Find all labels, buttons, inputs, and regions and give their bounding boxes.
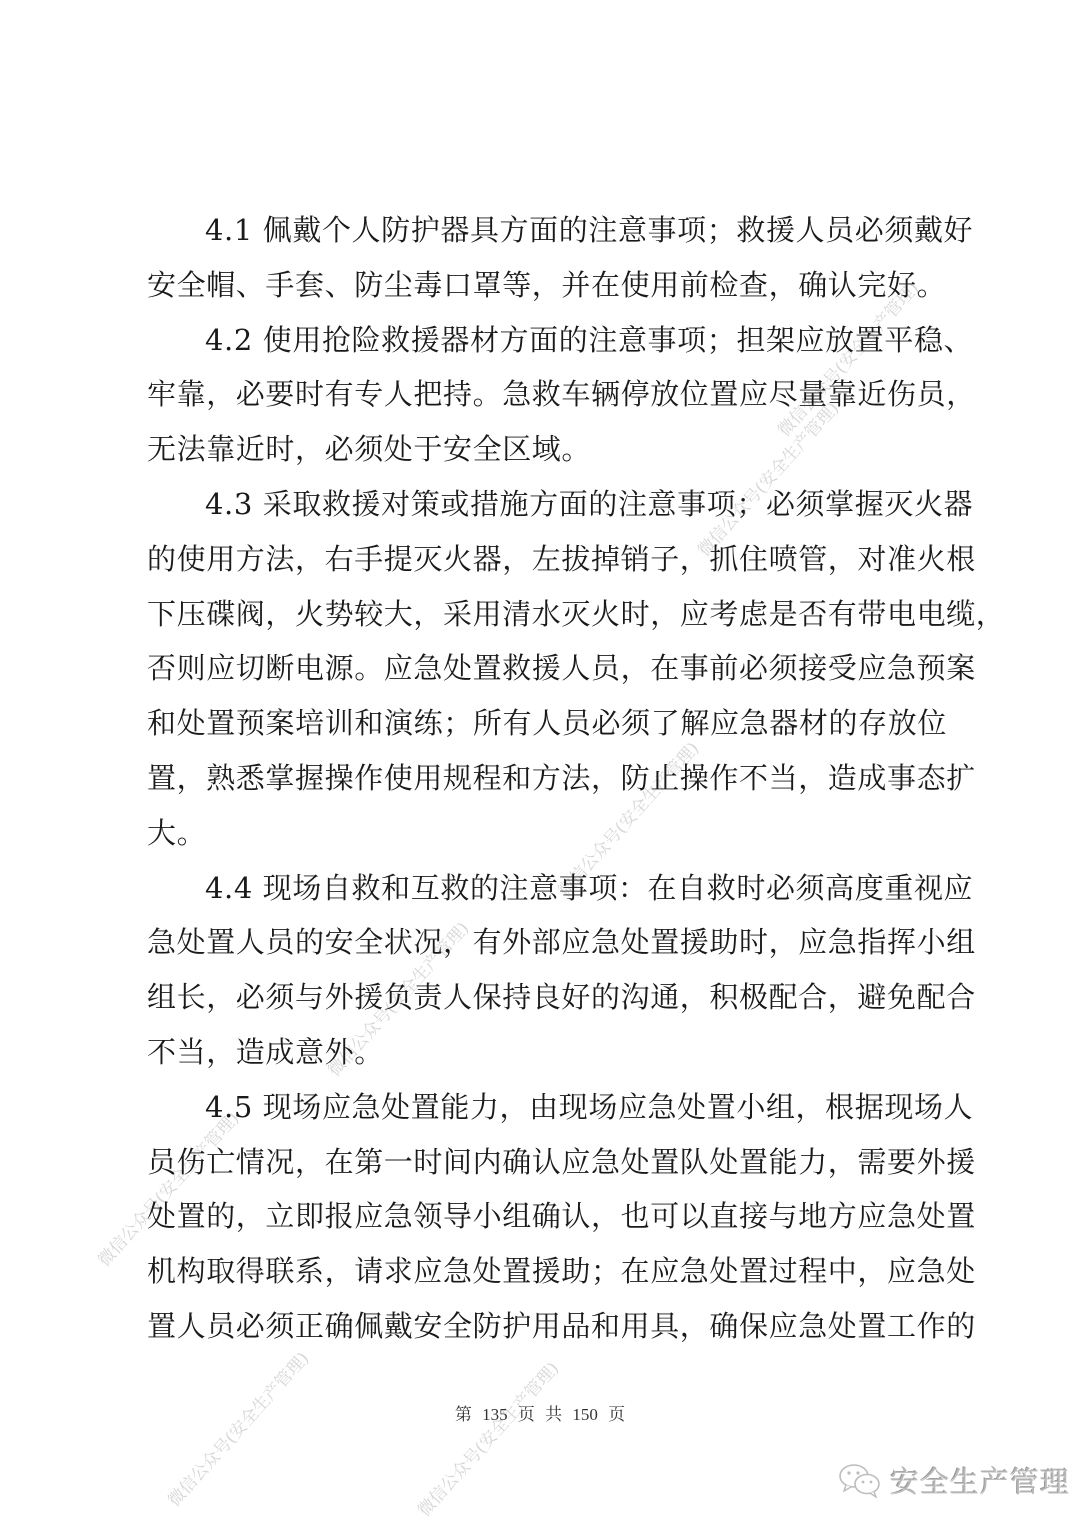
document-page: 微信公众号(安全生产管理) 微信公众号(安全生产管理) 微信公众号(安全生产管理… [0, 0, 1080, 1528]
paragraph-4-3-line: 和处置预案培训和演练；所有人员必须了解应急器材的存放位 [147, 696, 947, 751]
paragraph-4-5-line: 机构取得联系，请求应急处置援助；在应急处置过程中，应急处 [147, 1244, 947, 1299]
wechat-icon [838, 1462, 882, 1498]
paragraph-4-5-line: 4.5 现场应急处置能力，由现场应急处置小组，根据现场人 [147, 1080, 947, 1135]
paragraph-4-5-line: 处置的，立即报应急领导小组确认，也可以直接与地方应急处置 [147, 1189, 947, 1244]
brand-watermark: 安全生产管理 [838, 1462, 1070, 1498]
paragraph-4-3-line: 置，熟悉掌握操作使用规程和方法，防止操作不当，造成事态扩 [147, 751, 947, 806]
paragraph-4-4-line: 急处置人员的安全状况，有外部应急处置援助时，应急指挥小组 [147, 915, 947, 970]
paragraph-4-3-line: 4.3 采取救援对策或措施方面的注意事项；必须掌握灭火器 [147, 477, 947, 532]
paragraph-4-3-line: 大。 [147, 806, 947, 861]
paragraph-4-3-line: 否则应切断电源。应急处置救援人员，在事前必须接受应急预案 [147, 641, 947, 696]
paragraph-4-4-line: 不当，造成意外。 [147, 1025, 947, 1080]
paragraph-4-4-line: 4.4 现场自救和互救的注意事项：在自救时必须高度重视应 [147, 861, 947, 916]
paragraph-4-4-line: 组长，必须与外援负责人保持良好的沟通，积极配合，避免配合 [147, 970, 947, 1025]
watermark: 微信公众号(安全生产管理) [161, 1345, 314, 1511]
page-number-footer: 第 135 页 共 150 页 [0, 1400, 1080, 1425]
paragraph-4-3-line: 的使用方法，右手提灭火器，左拔掉销子，抓住喷管，对准火根 [147, 532, 947, 587]
paragraph-4-2-line: 无法靠近时，必须处于安全区域。 [147, 422, 947, 477]
paragraph-4-5-line: 员伤亡情况，在第一时间内确认应急处置队处置能力，需要外援 [147, 1135, 947, 1190]
paragraph-4-1-line: 4.1 佩戴个人防护器具方面的注意事项；救援人员必须戴好 [147, 203, 947, 258]
paragraph-4-1-line: 安全帽、手套、防尘毒口罩等，并在使用前检查，确认完好。 [147, 258, 947, 313]
paragraph-4-2-line: 4.2 使用抢险救援器材方面的注意事项；担架应放置平稳、 [147, 313, 947, 368]
paragraph-4-2-line: 牢靠，必要时有专人把持。急救车辆停放位置应尽量靠近伤员， [147, 367, 947, 422]
brand-label: 安全生产管理 [890, 1460, 1070, 1501]
paragraph-4-5-line: 置人员必须正确佩戴安全防护用品和用具，确保应急处置工作的 [147, 1299, 947, 1354]
paragraph-4-3-line: 下压碟阀，火势较大，采用清水灭火时，应考虑是否有带电电缆， [147, 587, 947, 642]
document-body: 4.1 佩戴个人防护器具方面的注意事项；救援人员必须戴好 安全帽、手套、防尘毒口… [147, 203, 947, 1354]
watermark: 微信公众号(安全生产管理) [411, 1355, 564, 1521]
